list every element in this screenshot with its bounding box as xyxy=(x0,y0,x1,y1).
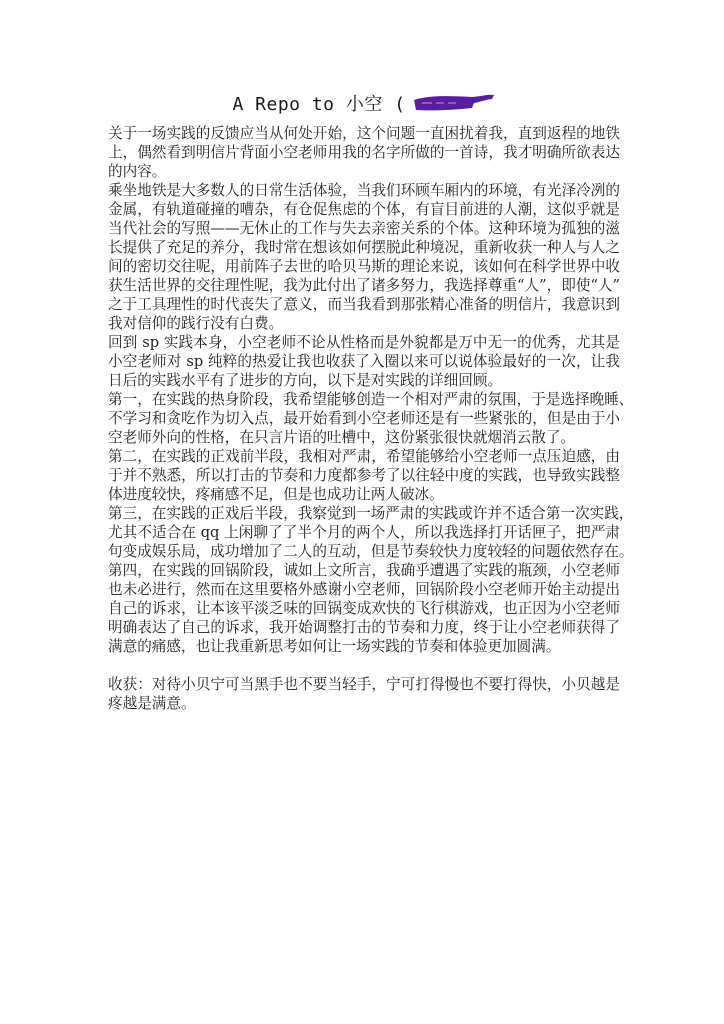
text-line: 回到 sp 实践本身，小空老师不论从性格而是外貌都是万中无一的优秀，尤其是 xyxy=(108,333,620,352)
paragraph-harvest: 收获：对待小贝宁可当黑手也不要当轻手，宁可打得慢也不要打得快，小贝越是 疼越是满… xyxy=(108,675,620,713)
text-line: 也未必进行，然而在这里要格外感谢小空老师，回锅阶段小空老师开始主动提出 xyxy=(108,580,620,599)
paragraph-subway: 乘坐地铁是大多数人的日常生活体验，当我们环顾车厢内的环境，有光泽冷冽的 金属，有… xyxy=(108,181,620,333)
text-line: 自己的诉求，让本该平淡乏味的回锅变成欢快的飞行棋游戏，也正因为小空老师 xyxy=(108,599,620,618)
text-line: 满意的痛感，也让我重新思考如何让一场实践的节奏和体验更加圆满。 xyxy=(108,637,620,656)
text-line: 乘坐地铁是大多数人的日常生活体验，当我们环顾车厢内的环境，有光泽冷冽的 xyxy=(108,181,620,200)
text-line: 上，偶然看到明信片背面小空老师用我的名字所做的一首诗，我才明确所欲表达 xyxy=(108,143,620,162)
text-line: 获生活世界的交往理性呢，我为此付出了诸多努力，我选择尊重“人”，即使“人” xyxy=(108,276,620,295)
text-line: 日后的实践水平有了进步的方向，以下是对实践的详细回顾。 xyxy=(108,371,620,390)
text-line: 不学习和贪吃作为切入点，最开始看到小空老师还是有一些紧张的，但是由于小 xyxy=(108,409,620,428)
text-line: 我对信仰的践行没有白费。 xyxy=(108,314,620,333)
document-body: 关于一场实践的反馈应当从何处开始，这个问题一直困扰着我，直到返程的地铁 上，偶然… xyxy=(108,124,620,713)
text-line: 之于工具理性的时代丧失了意义，而当我看到那张精心准备的明信片，我意识到 xyxy=(108,295,620,314)
document-title: A Repo to 小空 ( xyxy=(0,93,724,117)
title-name: 小空 xyxy=(346,94,383,115)
text-line: 小空老师对 sp 纯粹的热爱让我也收获了入圈以来可以说体验最好的一次，让我 xyxy=(108,352,620,371)
paragraph-first: 第一，在实践的热身阶段，我希望能够创造一个相对严肃的氛围，于是选择晚睡、 不学习… xyxy=(108,390,620,447)
text-line: 第一，在实践的热身阶段，我希望能够创造一个相对严肃的氛围，于是选择晚睡、 xyxy=(108,390,620,409)
paragraph-gap xyxy=(108,656,620,675)
text-line: 收获：对待小贝宁可当黑手也不要当轻手，宁可打得慢也不要打得快，小贝越是 xyxy=(108,675,620,694)
text-line: 空老师外向的性格，在只言片语的吐槽中，这份紧张很快就烟消云散了。 xyxy=(108,428,620,447)
text-line: 明确表达了自己的诉求，我开始调整打击的节奏和力度，终于让小空老师获得了 xyxy=(108,618,620,637)
text-line: 间的密切交往呢，用前阵子去世的哈贝马斯的理论来说，该如何在科学世界中收 xyxy=(108,257,620,276)
text-line: 于并不熟悉，所以打击的节奏和力度都参考了以往轻中度的实践，也导致实践整 xyxy=(108,466,620,485)
text-line: 当代社会的写照——无休止的工作与失去亲密关系的个体。这种环境为孤独的滋 xyxy=(108,219,620,238)
paragraph-intro: 关于一场实践的反馈应当从何处开始，这个问题一直困扰着我，直到返程的地铁 上，偶然… xyxy=(108,124,620,181)
title-prefix: A Repo to xyxy=(232,94,345,115)
document-page: A Repo to 小空 ( 关于一场实践的反馈应当从何处开始，这个问题一直困扰… xyxy=(0,0,724,1024)
text-line: 金属，有轨道碰撞的嘈杂，有仓促焦虑的个体，有盲目前进的人潮，这似乎就是 xyxy=(108,200,620,219)
text-line: 疼越是满意。 xyxy=(108,694,620,713)
paragraph-second: 第二，在实践的正戏前半段，我相对严肃，希望能够给小空老师一点压迫感，由 于并不熟… xyxy=(108,447,620,504)
text-line: 的内容。 xyxy=(108,162,620,181)
text-line: 关于一场实践的反馈应当从何处开始，这个问题一直困扰着我，直到返程的地铁 xyxy=(108,124,620,143)
paragraph-third: 第三，在实践的正戏后半段，我察觉到一场严肃的实践或许并不适合第一次实践， 尤其不… xyxy=(108,504,620,561)
text-line: 句变成娱乐局，成功增加了二人的互动，但是节奏较快力度较轻的问题依然存在。 xyxy=(108,542,620,561)
text-line: 尤其不适合在 qq 上闲聊了了半个月的两个人，所以我选择打开话匣子，把严肃 xyxy=(108,523,620,542)
text-line: 第二，在实践的正戏前半段，我相对严肃，希望能够给小空老师一点压迫感，由 xyxy=(108,447,620,466)
paragraph-fourth: 第四，在实践的回锅阶段，诚如上文所言，我确乎遭遇了实践的瓶颈，小空老师 也未必进… xyxy=(108,561,620,656)
paragraph-practice: 回到 sp 实践本身，小空老师不论从性格而是外貌都是万中无一的优秀，尤其是 小空… xyxy=(108,333,620,390)
title-paren: ( xyxy=(394,94,405,115)
text-line: 第四，在实践的回锅阶段，诚如上文所言，我确乎遭遇了实践的瓶颈，小空老师 xyxy=(108,561,620,580)
text-line: 第三，在实践的正戏后半段，我察觉到一场严肃的实践或许并不适合第一次实践， xyxy=(108,504,620,523)
text-line: 长提供了充足的养分，我时常在想该如何摆脱此种境况，重新收获一种人与人之 xyxy=(108,238,620,257)
text-line: 体进度较快，疼痛感不足，但是也成功让两人破冰。 xyxy=(108,485,620,504)
redaction-scribble xyxy=(412,95,492,111)
